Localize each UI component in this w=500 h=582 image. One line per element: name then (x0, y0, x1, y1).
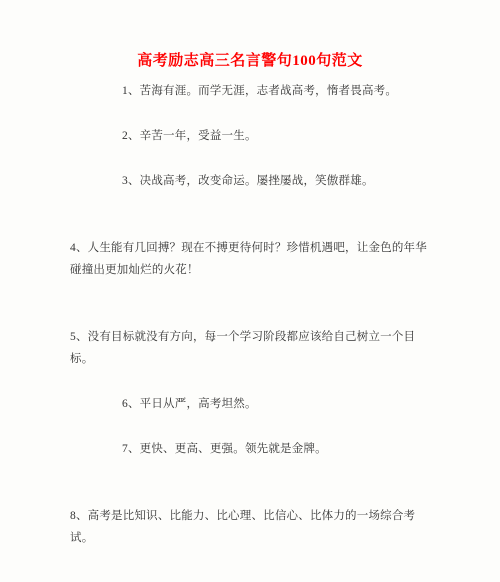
list-item-2: 2、辛苦一年，受益一生。 (70, 125, 430, 147)
page-title: 高考励志高三名言警句100句范文 (70, 49, 430, 73)
list-item-7: 7、更快、更高、更强。领先就是金牌。 (70, 438, 430, 460)
list-item-3: 3、决战高考，改变命运。屡挫屡战，笑傲群雄。 (70, 170, 430, 192)
document-page: 高考励志高三名言警句100句范文 1、苦海有涯。而学无涯，志者战高考，惰者畏高考… (0, 0, 500, 582)
list-item-4: 4、人生能有几回搏？现在不搏更待何时？珍惜机遇吧，让金色的年华碰撞出更加灿烂的火… (70, 215, 430, 281)
list-item-8: 8、高考是比知识、比能力、比心理、比信心、比体力的一场综合考试。 (70, 483, 430, 549)
list-item-6: 6、平日从严，高考坦然。 (70, 393, 430, 415)
list-item-5: 5、没有目标就没有方向，每一个学习阶段都应该给自己树立一个目标。 (70, 304, 430, 370)
list-item-1: 1、苦海有涯。而学无涯，志者战高考，惰者畏高考。 (70, 80, 430, 102)
